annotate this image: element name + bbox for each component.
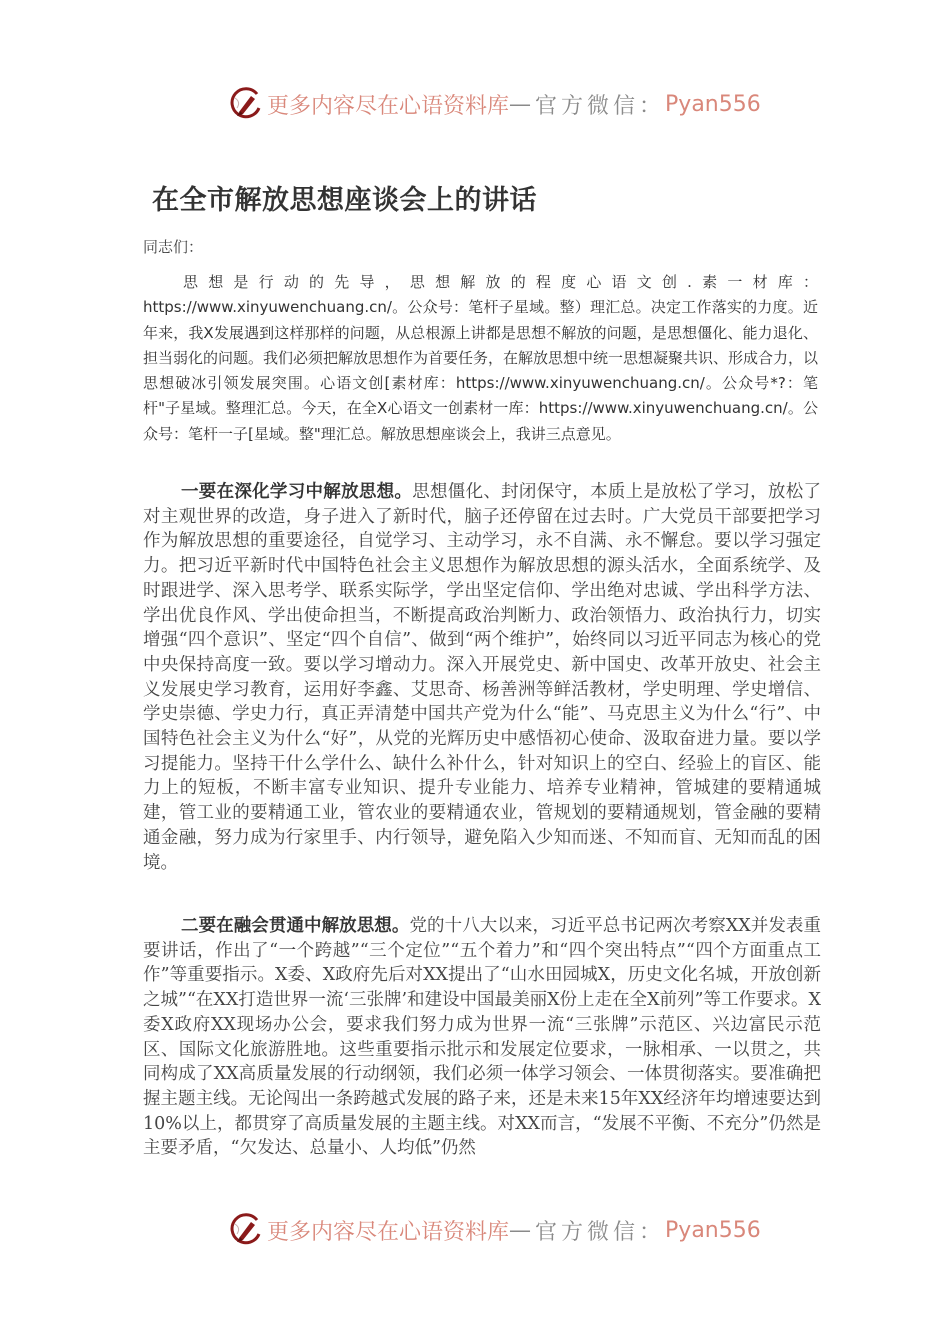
wechat-id: Pyan556	[665, 92, 761, 117]
quill-pen-logo-icon	[227, 86, 263, 122]
promo-text: 更多内容尽在心语资料库	[267, 1215, 509, 1246]
wechat-id: Pyan556	[665, 1218, 761, 1243]
wechat-label: 官方微信：	[535, 1215, 665, 1246]
separator: —	[509, 92, 535, 117]
footer-banner: 更多内容尽在心语资料库 — 官方微信： Pyan556	[227, 1210, 761, 1250]
section-heading: 一要在深化学习中解放思想。	[181, 482, 412, 502]
intro-paragraph: 思想是行动的先导，思想解放的程度心语文创.素一材库：https://www.xi…	[143, 270, 818, 447]
section-body: 思想僵化、封闭保守，本质上是放松了学习，放松了对主观世界的改造，身子进入了新时代…	[143, 482, 821, 873]
quill-pen-logo-icon	[227, 1212, 263, 1248]
promo-text: 更多内容尽在心语资料库	[267, 89, 509, 120]
document-title: 在全市解放思想座谈会上的讲话	[152, 178, 537, 217]
greeting: 同志们：	[143, 236, 203, 257]
header-banner: 更多内容尽在心语资料库 — 官方微信： Pyan556	[227, 84, 761, 124]
section-body: 党的十八大以来，习近平总书记两次考察XX并发表重要讲话，作出了“一个跨越”“三个…	[143, 916, 821, 1158]
section-paragraph: 一要在深化学习中解放思想。思想僵化、封闭保守，本质上是放松了学习，放松了对主观世…	[143, 480, 821, 875]
separator: —	[509, 1218, 535, 1243]
section-paragraph: 二要在融会贯通中解放思想。党的十八大以来，习近平总书记两次考察XX并发表重要讲话…	[143, 914, 821, 1161]
wechat-label: 官方微信：	[535, 89, 665, 120]
section-heading: 二要在融会贯通中解放思想。	[181, 916, 409, 936]
